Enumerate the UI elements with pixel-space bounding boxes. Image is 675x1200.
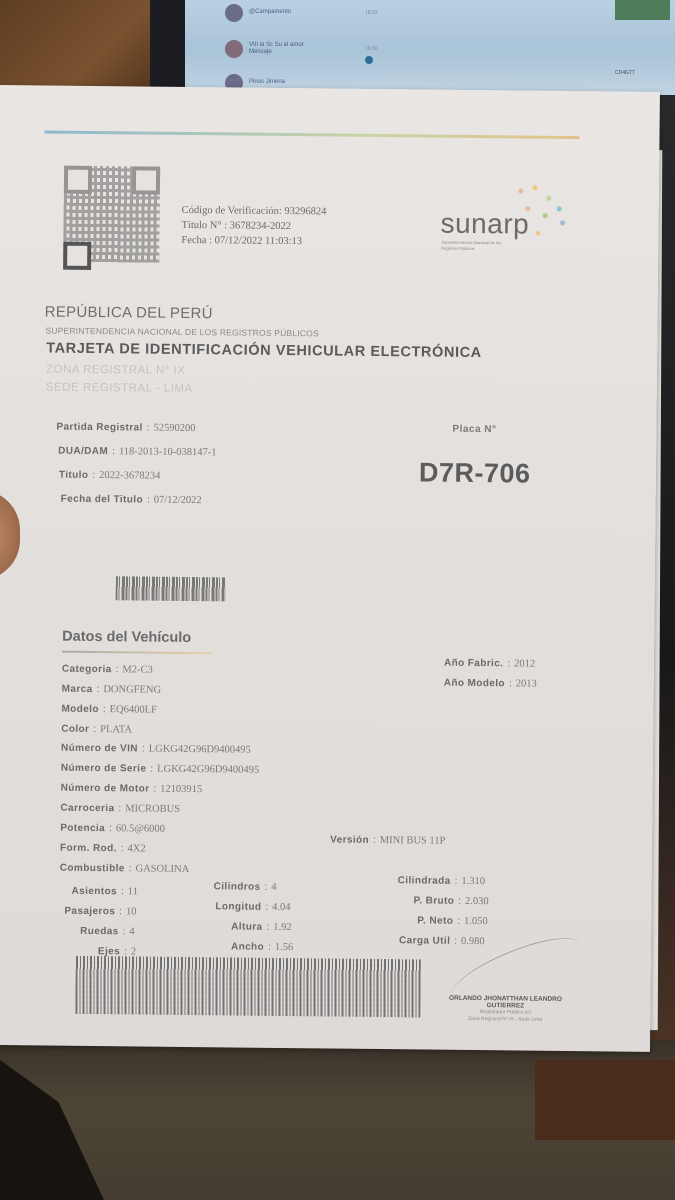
chat-time: 18:50 bbox=[365, 46, 378, 52]
field-pasajeros: Pasajeros:10 bbox=[64, 906, 136, 918]
chat-item: @Campamento bbox=[225, 4, 291, 22]
background-monitor: @Campamento 18:53 VIII la Sc Su el amorM… bbox=[185, 0, 675, 100]
field-ancho: Ancho:1.56 bbox=[231, 941, 293, 953]
unread-badge bbox=[365, 56, 373, 64]
background-wood-right bbox=[535, 1060, 675, 1140]
chat-time: 18:53 bbox=[365, 10, 378, 16]
field-titulo: Titulo:2022-3678234 bbox=[59, 470, 161, 482]
monitor-side-label: CD4GTT bbox=[615, 70, 675, 76]
country-title: REPÚBLICA DEL PERÚ bbox=[45, 303, 213, 322]
vehicle-card-document: Código de Verificación: 93296824 Título … bbox=[0, 85, 660, 1052]
agency-title: SUPERINTENDENCIA NACIONAL DE LOS REGISTR… bbox=[45, 325, 319, 338]
monitor-bezel bbox=[150, 0, 190, 95]
sunarp-logo-subtitle: Superintendencia Nacional de los Registr… bbox=[441, 240, 511, 253]
chat-name: Pinos Jimena bbox=[249, 79, 285, 86]
field-asientos: Asientos:11 bbox=[72, 886, 138, 898]
header-rule bbox=[44, 130, 579, 139]
avatar bbox=[225, 40, 243, 58]
field-marca: Marca:DONGFENG bbox=[62, 684, 162, 696]
section-title-vehicle: Datos del Vehículo bbox=[62, 629, 191, 646]
zona-registral: ZONA REGISTRAL N° IX bbox=[46, 360, 193, 380]
signer-block: ORLANDO JHONATTHAN LEANDRO GUTIERREZ Reg… bbox=[445, 995, 565, 1024]
barcode-small bbox=[116, 576, 226, 601]
field-altura: Altura:1.92 bbox=[231, 921, 292, 933]
sunarp-logo: sunarp bbox=[440, 208, 529, 241]
field-fecha-titulo: Fecha del Titulo:07/12/2022 bbox=[61, 494, 202, 506]
field-cilindros: Cilindros:4 bbox=[214, 881, 277, 893]
field-cilindrada: Cilindrada:1.310 bbox=[398, 875, 485, 887]
field-dua: DUA/DAM:118-2013-10-038147-1 bbox=[58, 446, 217, 459]
field-vin: Número de VIN:LGKG42G96D9400495 bbox=[61, 743, 251, 756]
field-longitud: Longitud:4.04 bbox=[215, 901, 290, 913]
card-title: TARJETA DE IDENTIFICACIÓN VEHICULAR ELEC… bbox=[46, 340, 482, 361]
field-p-neto: P. Neto:1.050 bbox=[417, 915, 487, 927]
field-ano-modelo: Año Modelo:2013 bbox=[444, 678, 537, 690]
chat-name: VIII la Sc Su el amorMensaje bbox=[249, 42, 304, 56]
field-p-bruto: P. Bruto:2.030 bbox=[413, 895, 488, 907]
signer-office: Zona Registral N° IX - Sede Lima bbox=[445, 1016, 565, 1024]
field-ruedas: Ruedas:4 bbox=[80, 926, 135, 938]
barcode-pdf417 bbox=[75, 956, 421, 1018]
sede-registral: SEDE REGISTRAL - LIMA bbox=[46, 378, 193, 398]
field-form-rod: Form. Rod.:4X2 bbox=[60, 843, 146, 855]
verification-code: Código de Verificación: 93296824 bbox=[182, 203, 327, 220]
field-carroceria: Carroceria:MICROBUS bbox=[60, 803, 180, 815]
field-categoria: Categoria:M2-C3 bbox=[62, 664, 153, 676]
signer-name: ORLANDO JHONATTHAN LEANDRO GUTIERREZ bbox=[445, 995, 565, 1010]
field-carga-util: Carga Util:0.980 bbox=[399, 935, 485, 947]
field-modelo: Modelo:EQ6400LF bbox=[61, 704, 157, 716]
field-motor: Número de Motor:12103915 bbox=[61, 783, 203, 795]
field-combustible: Combustible:GASOLINA bbox=[60, 863, 190, 875]
avatar bbox=[225, 4, 243, 22]
section-rule bbox=[62, 651, 212, 655]
zona-block: ZONA REGISTRAL N° IX SEDE REGISTRAL - LI… bbox=[46, 360, 193, 398]
placa-label: Placa N° bbox=[452, 424, 496, 435]
field-potencia: Potencia:60.5@6000 bbox=[60, 823, 165, 835]
background-wood bbox=[0, 0, 165, 95]
verification-block: Código de Verificación: 93296824 Título … bbox=[181, 203, 326, 250]
field-version: Versión:MINI BUS 11P bbox=[330, 834, 445, 846]
titulo-number: Título N° : 3678234-2022 bbox=[181, 218, 326, 235]
field-color: Color:PLATA bbox=[61, 724, 132, 736]
chat-name: @Campamento bbox=[249, 9, 291, 16]
monitor-thumbnail bbox=[615, 0, 670, 20]
field-partida: Partida Registral:52590200 bbox=[56, 422, 195, 434]
qr-code-corner bbox=[63, 242, 91, 270]
chat-item: VIII la Sc Su el amorMensaje bbox=[225, 40, 304, 58]
field-ano-fabric: Año Fabric.:2012 bbox=[444, 658, 535, 670]
issue-date: Fecha : 07/12/2022 11:03:13 bbox=[181, 233, 326, 250]
field-serie: Número de Serie:LGKG42G96D9400495 bbox=[61, 763, 259, 776]
placa-number: D7R-706 bbox=[419, 457, 531, 489]
